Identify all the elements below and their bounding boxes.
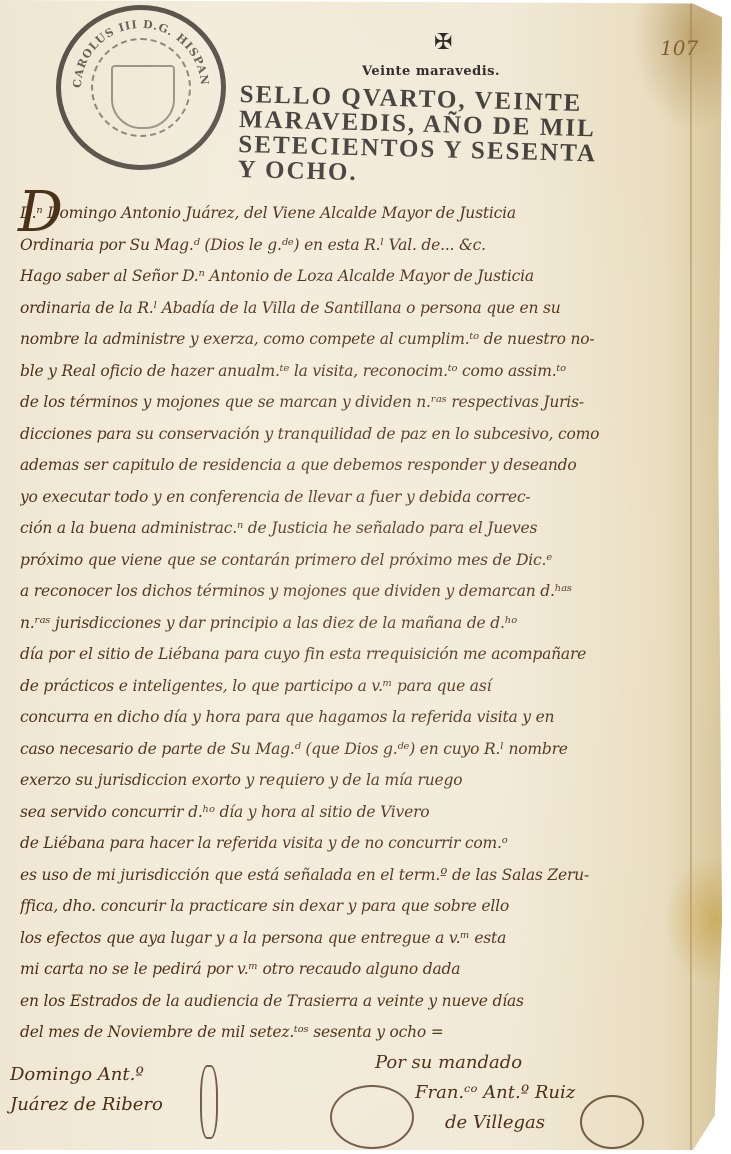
text-line: dicciones para su conservación y tranqui… bbox=[20, 419, 710, 451]
text-line: Ordinaria por Su Mag.ᵈ (Dios le g.ᵈᵉ) en… bbox=[20, 230, 710, 262]
stamp-value-line: Veinte maravedis. bbox=[362, 64, 500, 79]
text-line: a reconocer los dichos términos y mojone… bbox=[20, 576, 710, 608]
text-line: exerzo su jurisdiccion exorto y requiero… bbox=[20, 765, 710, 797]
text-line: ffica, dho. concurir la practicare sin d… bbox=[20, 891, 710, 923]
text-line: día por el sitio de Liébana para cuyo fi… bbox=[20, 639, 710, 671]
manuscript-page: CAROLUS III D.G. HISPANIARUM REX ✠ Veint… bbox=[0, 0, 722, 1150]
signature-line: Juárez de Ribero bbox=[10, 1090, 163, 1120]
text-line: n.ʳᵃˢ jurisdicciones y dar principio a l… bbox=[20, 608, 710, 640]
text-line: D.ⁿ Domingo Antonio Juárez, del Viene Al… bbox=[20, 198, 710, 230]
stamp-line: Y OCHO. bbox=[237, 157, 658, 193]
text-line: de prácticos e inteligentes, lo que part… bbox=[20, 671, 710, 703]
stamp-line: SETECIENTOS Y SESENTA bbox=[238, 132, 659, 168]
text-line: es uso de mi jurisdicción que está señal… bbox=[20, 860, 710, 892]
signature-left: Domingo Ant.º Juárez de Ribero bbox=[10, 1060, 163, 1120]
signature-line: Domingo Ant.º bbox=[10, 1060, 163, 1090]
text-line: Hago saber al Señor D.ⁿ Antonio de Loza … bbox=[20, 261, 710, 293]
text-line: caso necesario de parte de Su Mag.ᵈ (que… bbox=[20, 734, 710, 766]
stamp-line: MARAVEDIS, AÑO DE MIL bbox=[239, 107, 660, 143]
text-line: los efectos que aya lugar y a la persona… bbox=[20, 923, 710, 955]
signature-flourish bbox=[330, 1085, 414, 1149]
paper-fold bbox=[690, 0, 692, 1150]
signature-flourish bbox=[200, 1065, 218, 1139]
cross-pattee-icon: ✠ bbox=[434, 30, 452, 55]
royal-seal-icon: CAROLUS III D.G. HISPANIARUM REX bbox=[56, 5, 226, 170]
decorative-initial: D bbox=[18, 180, 63, 245]
coat-of-arms-icon bbox=[111, 65, 175, 129]
manuscript-body: D.ⁿ Domingo Antonio Juárez, del Viene Al… bbox=[20, 198, 710, 1049]
text-line: yo executar todo y en conferencia de lle… bbox=[20, 482, 710, 514]
stamp-line: SELLO QVARTO, VEINTE bbox=[239, 82, 660, 118]
text-line: ordinaria de la R.ˡ Abadía de la Villa d… bbox=[20, 293, 710, 325]
text-line: nombre la administre y exerza, como comp… bbox=[20, 324, 710, 356]
seal-inner-ring bbox=[91, 38, 191, 137]
folio-number: 107 bbox=[660, 36, 698, 60]
text-line: ción a la buena administrac.ⁿ de Justici… bbox=[20, 513, 710, 545]
svg-text:CAROLUS III D.G. HISPANIARUM R: CAROLUS III D.G. HISPANIARUM REX bbox=[61, 10, 211, 88]
signature-flourish bbox=[580, 1095, 644, 1149]
text-line: próximo que viene que se contarán primer… bbox=[20, 545, 710, 577]
signature-line: de Villegas bbox=[375, 1108, 575, 1138]
text-line: concurra en dicho día y hora para que ha… bbox=[20, 702, 710, 734]
signature-header: Por su mandado bbox=[375, 1048, 575, 1078]
text-line: sea servido concurrir d.ʰᵒ día y hora al… bbox=[20, 797, 710, 829]
text-line: del mes de Noviembre de mil setez.ᵗᵒˢ se… bbox=[20, 1017, 710, 1049]
text-line: en los Estrados de la audiencia de Trasi… bbox=[20, 986, 710, 1018]
text-line: ademas ser capitulo de residencia a que … bbox=[20, 450, 710, 482]
text-line: ble y Real oficio de hazer anualm.ᵗᵉ la … bbox=[20, 356, 710, 388]
stamped-paper-header: SELLO QVARTO, VEINTE MARAVEDIS, AÑO DE M… bbox=[237, 82, 659, 193]
signature-line: Fran.ᶜᵒ Ant.º Ruiz bbox=[375, 1078, 575, 1108]
text-line: de los términos y mojones que se marcan … bbox=[20, 387, 710, 419]
seal-legend: CAROLUS III D.G. HISPANIARUM REX bbox=[61, 10, 221, 165]
signature-right: Por su mandado Fran.ᶜᵒ Ant.º Ruiz de Vil… bbox=[375, 1048, 575, 1138]
text-line: mi carta no se le pedirá por v.ᵐ otro re… bbox=[20, 954, 710, 986]
text-line: de Liébana para hacer la referida visita… bbox=[20, 828, 710, 860]
